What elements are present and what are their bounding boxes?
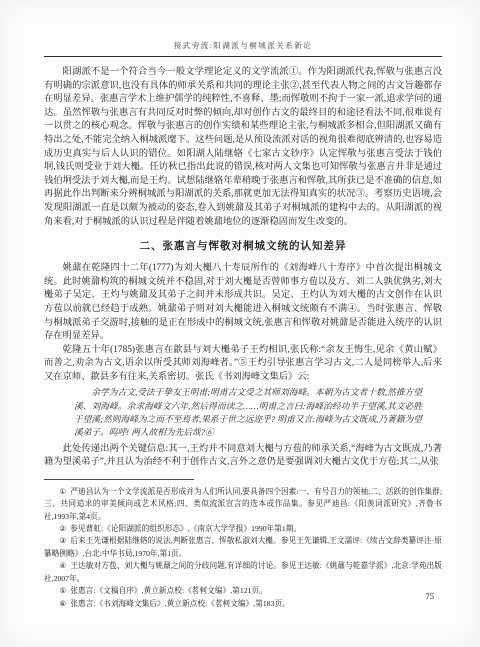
paragraph-intro: 阳湖派不是一个符合当今一般文学理论定义的文学流派①。作为阳湖派代表,恽敬与张惠言… <box>44 66 442 229</box>
footnote-marker: ③ <box>59 536 66 545</box>
paragraph-zhanghuiyan-wangzhuo: 乾隆五十年(1785)张惠言在歙县与刘大櫆弟子王灼相识,张氏称:“余友王悔生,见… <box>44 344 442 385</box>
footnotes-section: ①严迪昌认为一个文学流派是否形成并为人们所认同,要具备四个因素:一、有号召力的领… <box>44 486 442 610</box>
page-number: 75 <box>426 591 435 601</box>
footnote-item: ①严迪昌认为一个文学流派是否形成并为人们所认同,要具备四个因素:一、有号召力的领… <box>44 486 442 523</box>
footnote-marker: ⑥ <box>59 599 66 608</box>
running-header-title: 接武旁流:阳湖派与桐城派关系新论 <box>44 40 442 51</box>
footnote-text: 王达敏对方苞、刘大櫆与姚鼐之间的分歧问题,有详细的讨论。参见王达敏:《姚鼐与乾嘉… <box>44 561 442 582</box>
footnote-text: 张惠言:《书刘海峰文集后》,黄立新点校:《茗柯文编》,第183页。 <box>70 599 290 608</box>
paragraph-two-key-points: 此处传递出两个关键信息:其一,王灼并不同意刘大櫆与方苞的师承关系,“海峰为古文既… <box>44 443 442 470</box>
footnote-marker: ② <box>59 524 66 533</box>
footnote-separator-rule <box>44 479 194 480</box>
footnote-item: ②参见曹虹:《论阳湖派的组织形态》,《南京大学学报》1990年第1期。 <box>44 523 442 535</box>
section-heading: 二、张惠言与恽敬对桐城文统的认知差异 <box>44 238 442 253</box>
footnote-item: ⑥张惠言:《书刘海峰文集后》,黄立新点校:《茗柯文编》,第183页。 <box>44 598 442 610</box>
footnote-marker: ⑤ <box>59 586 66 595</box>
footnote-text: 后来王先谦根据陆继辂的说法,判断张惠言、恽敬私淑刘大櫆。参见王先谦辑,王文濡评:… <box>44 536 442 557</box>
footnote-text: 张惠言:《文稿自序》,黄立新点校:《茗柯文编》,第121页。 <box>70 586 266 595</box>
page-body: 阳湖派不是一个符合当今一般文学理论定义的文学流派①。作为阳湖派代表,恽敬与张惠言… <box>44 66 442 470</box>
footnote-marker: ④ <box>59 561 66 570</box>
footnote-text: 严迪昌认为一个文学流派是否形成并为人们所认同,要具备四个因素:一、有号召力的领袖… <box>44 487 442 521</box>
page-footer: ①严迪昌认为一个文学流派是否形成并为人们所认同,要具备四个因素:一、有号召力的领… <box>44 479 442 610</box>
quotation-block: 余学为古文,受法于挚友王明甫;明甫古文受之其师刘海峰。本朝为古文者十数,然推方望… <box>74 386 422 439</box>
document-page: 接武旁流:阳湖派与桐城派关系新论 阳湖派不是一个符合当今一般文学理论定义的文学流… <box>0 0 480 647</box>
footnote-text: 参见曹虹:《论阳湖派的组织形态》,《南京大学学报》1990年第1期。 <box>70 524 301 533</box>
footnote-marker: ① <box>59 487 66 496</box>
footnote-item: ④王达敏对方苞、刘大櫆与姚鼐之间的分歧问题,有详细的讨论。参见王达敏:《姚鼐与乾… <box>44 560 442 585</box>
paragraph-yaonai-wentong: 姚鼐在乾隆四十二年(1777)为刘大櫆八十寿辰所作的《刘海峰八十寿序》中首次提出… <box>44 262 442 344</box>
header-rule <box>44 56 442 57</box>
page-header: 接武旁流:阳湖派与桐城派关系新论 <box>44 40 442 57</box>
footnote-item: ⑤张惠言:《文稿自序》,黄立新点校:《茗柯文编》,第121页。 <box>44 585 442 597</box>
footnote-item: ③后来王先谦根据陆继辂的说法,判断张惠言、恽敬私淑刘大櫆。参见王先谦辑,王文濡评… <box>44 535 442 560</box>
